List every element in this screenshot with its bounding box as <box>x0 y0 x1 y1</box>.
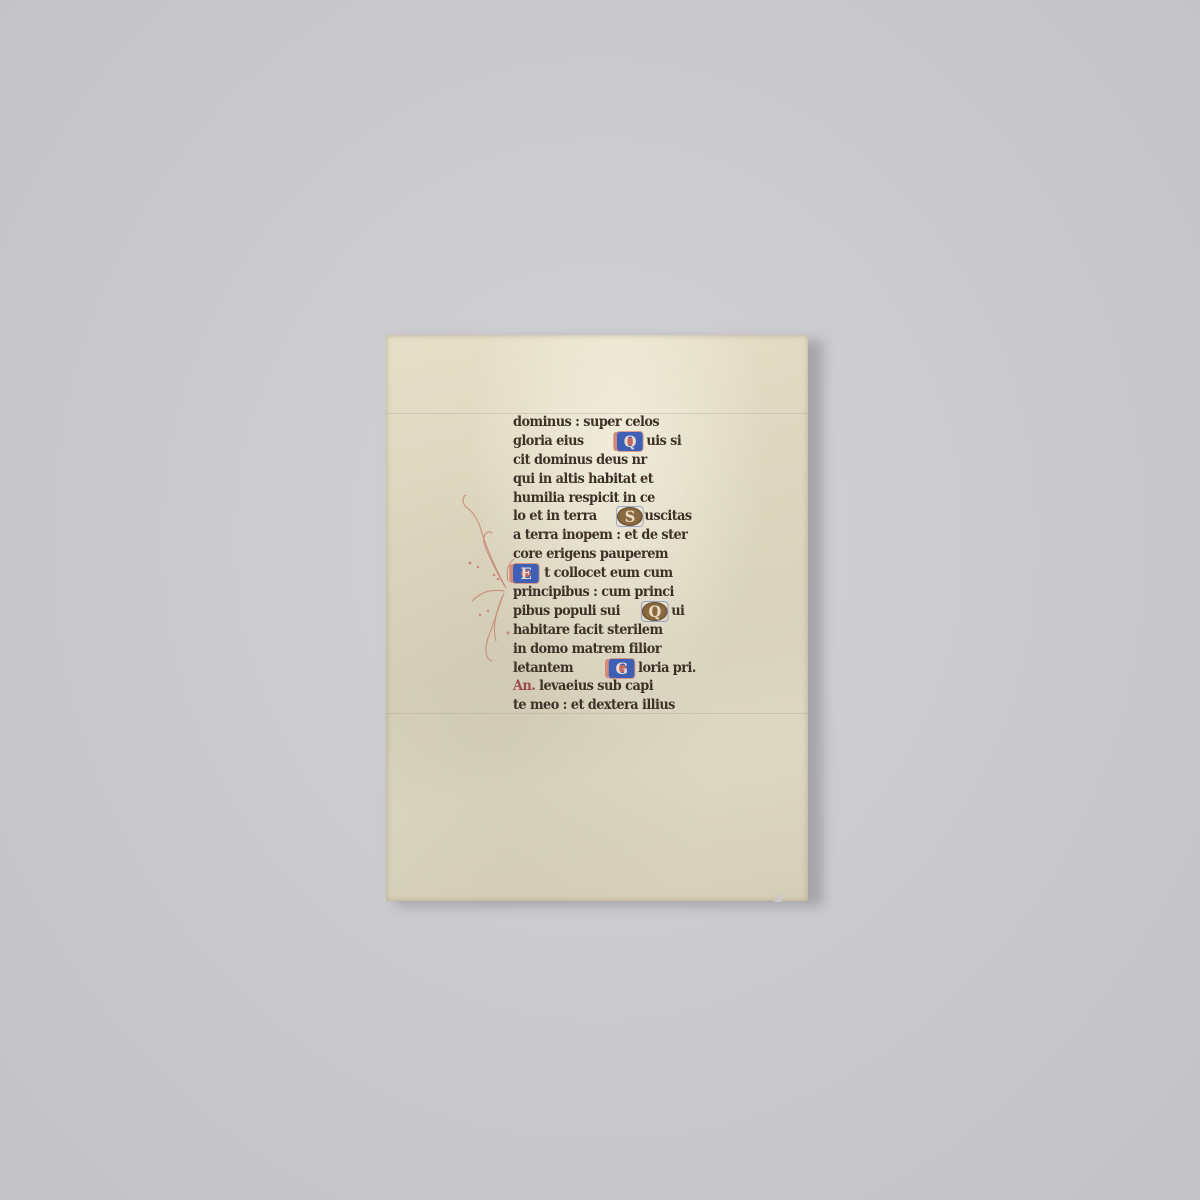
initial-e-blue: E <box>513 564 539 583</box>
text-line: lo et in terra S uscitas <box>513 507 702 526</box>
text-line: gloria eius Q uis si <box>513 432 702 451</box>
text-line: in domo matrem filior <box>513 640 702 659</box>
text-line: pibus populi sui Q ui <box>513 602 702 621</box>
text-line: principibus : cum princi <box>513 583 702 602</box>
text-line: a terra inopem : et de ster <box>513 526 702 545</box>
text-line: qui in altis habitat et <box>513 470 702 489</box>
text-line: habitare facit sterilem <box>513 621 702 640</box>
text-line: te meo : et dextera illius <box>513 696 702 715</box>
penwork-flourish-icon <box>458 493 518 663</box>
text-line: letantem G loria pri. <box>513 659 702 678</box>
manuscript-leaf: dominus : super celos gloria eius Q uis … <box>386 335 808 901</box>
initial-g-blue: G <box>609 659 635 678</box>
rubric-antiphon: An. <box>513 678 535 694</box>
initial-s-gold: S <box>617 507 643 526</box>
text-line: cit dominus deus nr <box>513 451 702 470</box>
text-column: dominus : super celos gloria eius Q uis … <box>513 413 718 715</box>
text-line: E t collocet eum cum <box>513 564 702 583</box>
text-line: humilia respicit in ce <box>513 489 702 508</box>
initial-q-blue: Q <box>617 432 643 451</box>
text-line: An. levaeius sub capi <box>513 677 702 696</box>
text-line: dominus : super celos <box>513 413 702 432</box>
text-line: core erigens pauperem <box>513 545 702 564</box>
initial-q-gold: Q <box>642 602 668 621</box>
